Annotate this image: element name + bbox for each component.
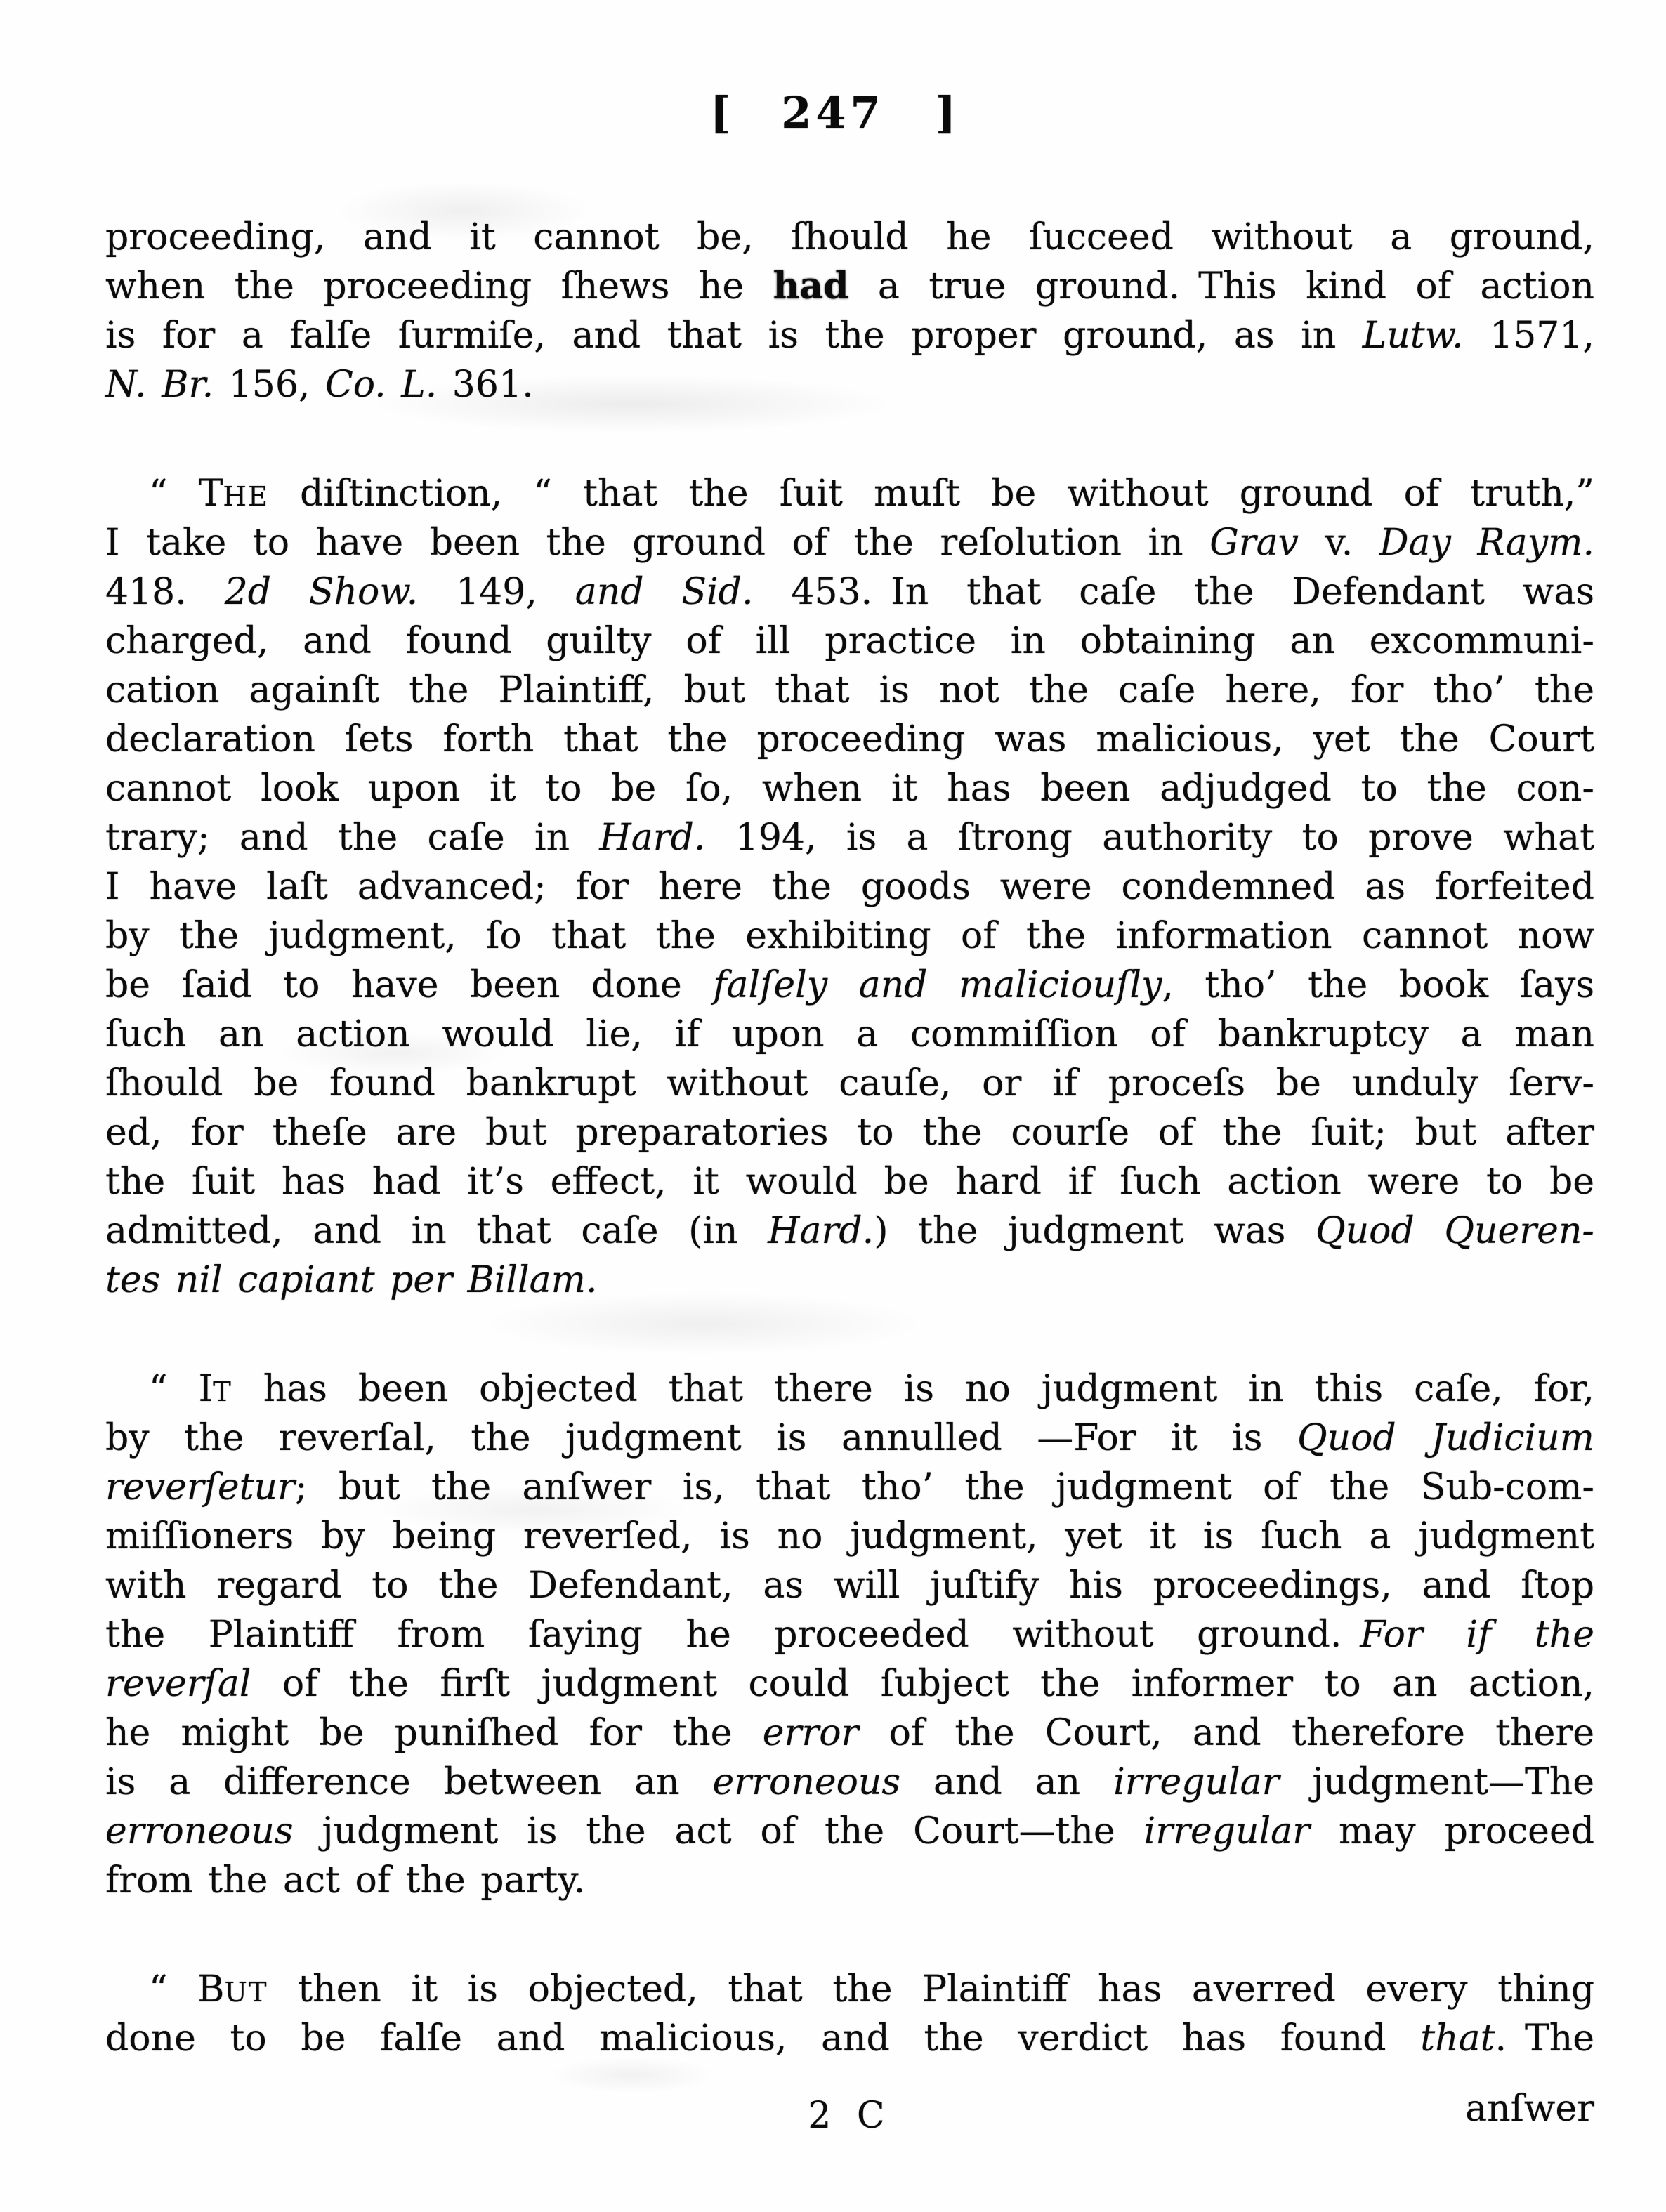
text: had xyxy=(773,265,849,308)
italic-text: erroneous xyxy=(713,1761,901,1803)
text: ſuch an action would lie, if upon a comm… xyxy=(105,1013,1594,1055)
text: ſhould be found bankrupt without cauſe, … xyxy=(105,1062,1594,1105)
italic-text: Co. L. xyxy=(325,364,437,406)
italic-text: 2d Show. xyxy=(225,571,419,613)
text-line: by the judgment, ſo that the exhibiting … xyxy=(105,911,1594,961)
text-line: with regard to the Defendant, as will ju… xyxy=(105,1561,1594,1610)
text-line: cation againſt the Plaintiff, but that i… xyxy=(105,666,1594,715)
italic-text: Hard. xyxy=(768,1210,874,1252)
italic-text: Lutw. xyxy=(1363,315,1464,357)
text: declaration ſets forth that the proceedi… xyxy=(105,718,1594,761)
text: has been objected that there is no judgm… xyxy=(232,1368,1594,1410)
italic-text: irregular xyxy=(1144,1810,1310,1852)
text-line: reverſetur; but the anſwer is, that tho’… xyxy=(105,1463,1594,1512)
text: I have laſt advanced; for here the goods… xyxy=(105,866,1594,908)
text-line: charged, and found guilty of ill practic… xyxy=(105,617,1594,666)
text: proceeding, and it cannot be, ſhould he … xyxy=(105,216,1594,258)
text-line: miſſioners by being reverſed, is no judg… xyxy=(105,1512,1594,1561)
text-line: I take to have been the ground of the re… xyxy=(105,518,1594,567)
text: and an xyxy=(900,1761,1113,1803)
text-line: cannot look upon it to be ſo, when it ha… xyxy=(105,764,1594,813)
text-line: the ſuit has had it’s effect, it would b… xyxy=(105,1157,1594,1206)
text-line: 418. 2d Show. 149, and Sid. 453. In that… xyxy=(105,567,1594,617)
text: by the judgment, ſo that the exhibiting … xyxy=(105,915,1594,957)
italic-text: tes nil capiant per Billam. xyxy=(105,1259,598,1301)
text: miſſioners by being reverſed, is no judg… xyxy=(105,1515,1594,1558)
italic-text: For if the xyxy=(1360,1614,1594,1656)
italic-text: Day Raym. xyxy=(1379,522,1594,564)
text: cation againſt the Plaintiff, but that i… xyxy=(105,669,1594,711)
italic-text: Hard. xyxy=(599,817,705,859)
text-line: ſuch an action would lie, if upon a comm… xyxy=(105,1010,1594,1059)
text: UT xyxy=(224,1977,268,2008)
text: charged, and found guilty of ill practic… xyxy=(105,620,1594,662)
text-line: be ſaid to have been done falſely and ma… xyxy=(105,961,1594,1010)
scanned-book-page: [247] proceeding, and it cannot be, ſhou… xyxy=(0,0,1666,2212)
text: v. xyxy=(1299,522,1379,564)
text-line: ed, for theſe are but preparatories to t… xyxy=(105,1108,1594,1157)
text: may proceed xyxy=(1310,1810,1594,1852)
italic-text: falſely and maliciouſly xyxy=(713,964,1162,1006)
text: ; but the anſwer is, that tho’ the judgm… xyxy=(295,1466,1594,1508)
text: judgment is the act of the Court—the xyxy=(294,1810,1144,1852)
text: a true ground. This kind of action xyxy=(848,265,1594,308)
text: he might be puniſhed for the xyxy=(105,1712,763,1754)
text: 194, is a ſtrong authority to prove what xyxy=(705,817,1594,859)
text-line: declaration ſets forth that the proceedi… xyxy=(105,715,1594,764)
text-line: the Plaintiff from ſaying he proceeded w… xyxy=(105,1610,1594,1659)
text: . The xyxy=(1495,2017,1594,2060)
text-line: I have laſt advanced; for here the goods… xyxy=(105,862,1594,911)
italic-text: and Sid. xyxy=(575,571,754,613)
text: when the proceeding ſhews he xyxy=(105,265,773,308)
page-header: [247] xyxy=(0,81,1666,145)
header-right-bracket: ] xyxy=(936,81,956,145)
italic-text: reverſetur xyxy=(105,1466,295,1508)
paragraph: “ IT has been objected that there is no … xyxy=(105,1364,1594,1905)
italic-text: error xyxy=(763,1712,859,1754)
text: is a difference between an xyxy=(105,1761,713,1803)
text: cannot look upon it to be ſo, when it ha… xyxy=(105,768,1594,810)
text-line: trary; and the caſe in Hard. 194, is a ſ… xyxy=(105,813,1594,862)
text-line: “ THE diſtinction, “ that the ſuit muſt … xyxy=(105,469,1594,518)
paragraph: proceeding, and it cannot be, ſhould he … xyxy=(105,213,1594,409)
text: I take to have been the ground of the re… xyxy=(105,522,1209,564)
text-line: proceeding, and it cannot be, ſhould he … xyxy=(105,213,1594,262)
text: with regard to the Defendant, as will ju… xyxy=(105,1565,1594,1607)
text-line: ſhould be found bankrupt without cauſe, … xyxy=(105,1059,1594,1108)
text-line: “ BUT then it is objected, that the Plai… xyxy=(105,1965,1594,2014)
text: be ſaid to have been done xyxy=(105,964,713,1006)
text-line: is for a falſe ſurmiſe, and that is the … xyxy=(105,311,1594,360)
italic-text: irregular xyxy=(1113,1761,1279,1803)
page-number: 247 xyxy=(781,81,884,145)
text-line: erroneous judgment is the act of the Cou… xyxy=(105,1807,1594,1856)
text: ) the judgment was xyxy=(874,1210,1316,1252)
text: 361. xyxy=(437,364,533,406)
text: 149, xyxy=(418,571,575,613)
text: 156, xyxy=(214,364,325,406)
text-line: reverſal of the firſt judgment could ſub… xyxy=(105,1659,1594,1709)
text: “ B xyxy=(149,1968,224,2010)
italic-text: Quod Queren- xyxy=(1316,1210,1594,1252)
text: by the reverſal, the judgment is annulle… xyxy=(105,1417,1297,1459)
text-line: when the proceeding ſhews he had a true … xyxy=(105,262,1594,311)
page-footer: 2 C anſwer xyxy=(105,2091,1594,2147)
text: is for a falſe ſurmiſe, and that is the … xyxy=(105,315,1363,357)
text: of the Court, and therefore there xyxy=(858,1712,1594,1754)
catchword: anſwer xyxy=(1465,2084,1594,2133)
text-line: done to be falſe and malicious, and the … xyxy=(105,2014,1594,2063)
text: judgment—The xyxy=(1279,1761,1594,1803)
signature-mark: 2 C xyxy=(808,2091,891,2140)
text: of the firſt judgment could ſubject the … xyxy=(251,1663,1594,1705)
text: trary; and the caſe in xyxy=(105,817,599,859)
text-line: tes nil capiant per Billam. xyxy=(105,1256,1594,1305)
text: “ T xyxy=(149,473,223,515)
text: , tho’ the book ſays xyxy=(1162,964,1594,1006)
italic-text: Grav xyxy=(1209,522,1299,564)
text-line: by the reverſal, the judgment is annulle… xyxy=(105,1414,1594,1463)
text-line: is a difference between an erroneous and… xyxy=(105,1758,1594,1807)
text-line: N. Br. 156, Co. L. 361. xyxy=(105,360,1594,409)
text: T xyxy=(213,1376,232,1408)
text-line: from the act of the party. xyxy=(105,1856,1594,1905)
text-line: admitted, and in that caſe (in Hard.) th… xyxy=(105,1206,1594,1256)
page-body: proceeding, and it cannot be, ſhould he … xyxy=(105,213,1594,2063)
paragraph: “ THE diſtinction, “ that the ſuit muſt … xyxy=(105,469,1594,1305)
text: the Plaintiff from ſaying he proceeded w… xyxy=(105,1614,1360,1656)
italic-text: reverſal xyxy=(105,1663,251,1705)
text: the ſuit has had it’s effect, it would b… xyxy=(105,1161,1594,1203)
italic-text: that xyxy=(1420,2017,1495,2060)
text: diſtinction, “ that the ſuit muſt be wit… xyxy=(269,473,1594,515)
header-left-bracket: [ xyxy=(710,81,730,145)
paragraph: “ BUT then it is objected, that the Plai… xyxy=(105,1965,1594,2063)
text: ed, for theſe are but preparatories to t… xyxy=(105,1112,1594,1154)
text: HE xyxy=(223,481,269,513)
text-line: he might be puniſhed for the error of th… xyxy=(105,1709,1594,1758)
text: “ I xyxy=(149,1368,213,1410)
text: done to be falſe and malicious, and the … xyxy=(105,2017,1420,2060)
italic-text: erroneous xyxy=(105,1810,294,1852)
text: then it is objected, that the Plaintiff … xyxy=(268,1968,1594,2010)
italic-text: N. Br. xyxy=(105,364,214,406)
text: 453. In that caſe the Defendant was xyxy=(754,571,1595,613)
text: 418. xyxy=(105,571,225,613)
italic-text: Quod Judicium xyxy=(1297,1417,1594,1459)
text: from the act of the party. xyxy=(105,1859,585,1902)
text: admitted, and in that caſe (in xyxy=(105,1210,768,1252)
text: 1571, xyxy=(1464,315,1594,357)
text-line: “ IT has been objected that there is no … xyxy=(105,1364,1594,1414)
